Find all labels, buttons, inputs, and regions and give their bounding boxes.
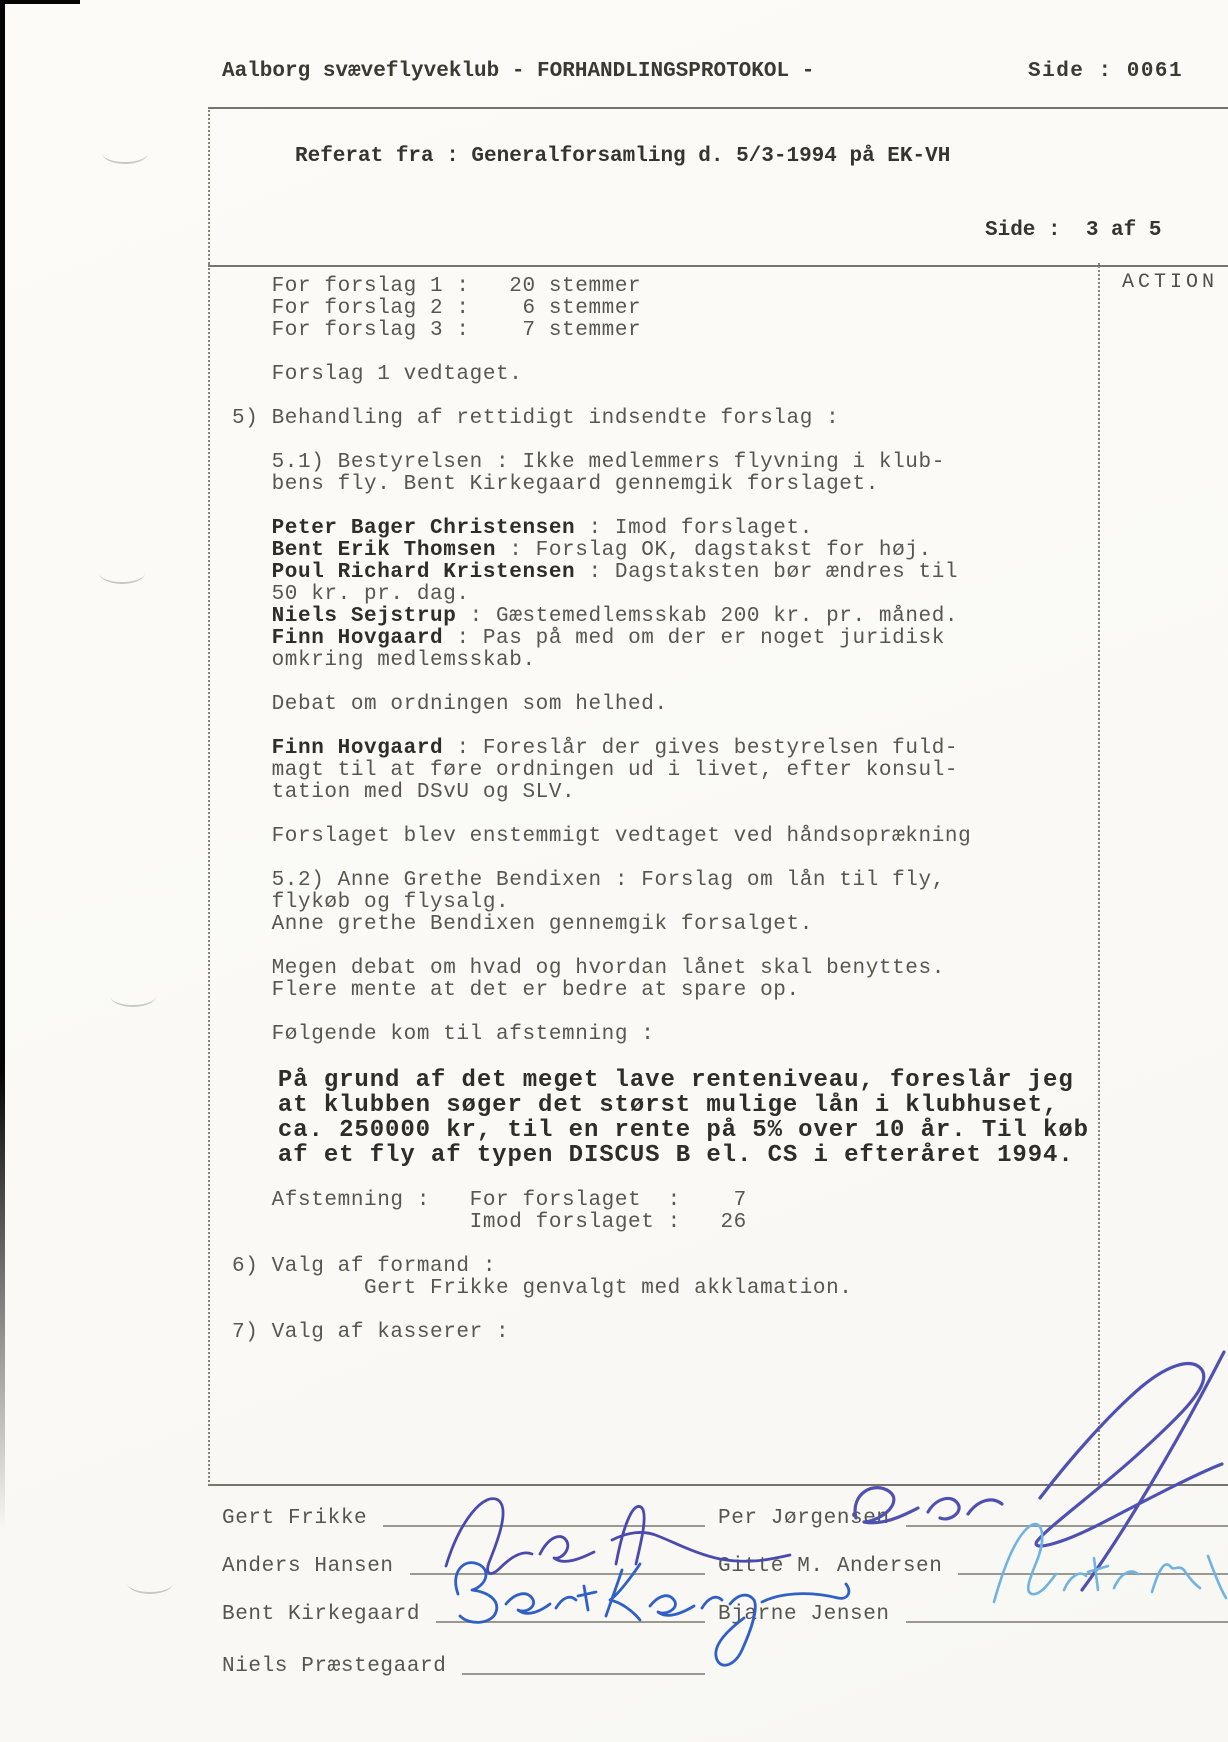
punch-mark <box>110 985 156 1007</box>
protocol-line: 7) Valg af kasserer : <box>232 1322 1089 1344</box>
protocol-line: Anne grethe Bendixen gennemgik forsalget… <box>232 914 1089 936</box>
protocol-line <box>232 1046 1089 1068</box>
protocol-line: af et fly af typen DISCUS B el. CS i eft… <box>232 1143 1089 1168</box>
protocol-line: For forslag 3 : 7 stemmer <box>232 320 1089 342</box>
protocol-line: Imod forslaget : 26 <box>232 1212 1089 1234</box>
signature-line <box>462 1673 705 1675</box>
scan-edge-artifact-left <box>0 0 5 1530</box>
document-header: Aalborg svæveflyveklub - FORHANDLINGSPRO… <box>0 60 1228 86</box>
protocol-line: For forslag 2 : 6 stemmer <box>232 298 1089 320</box>
protocol-line: Forslaget blev enstemmigt vedtaget ved h… <box>232 826 1089 848</box>
protocol-line <box>232 716 1089 738</box>
punch-mark <box>102 142 148 164</box>
signature-line <box>906 1621 1228 1623</box>
protocol-line: bens fly. Bent Kirkegaard gennemgik fors… <box>232 474 1089 496</box>
signatory-name: Anders Hansen <box>222 1555 394 1578</box>
protocol-line: Bent Erik Thomsen : Forslag OK, dagstaks… <box>232 540 1089 562</box>
protocol-line: 5.2) Anne Grethe Bendixen : Forslag om l… <box>232 870 1089 892</box>
protocol-line <box>232 1300 1089 1322</box>
protocol-line: ca. 250000 kr, til en rente på 5% over 1… <box>232 1118 1089 1143</box>
protocol-line: Afstemning : For forslaget : 7 <box>232 1190 1089 1212</box>
signatory-name: Per Jørgensen <box>718 1507 890 1530</box>
protocol-line: flykøb og flysalg. <box>232 892 1089 914</box>
signature-line <box>383 1525 705 1527</box>
protocol-line: 5.1) Bestyrelsen : Ikke medlemmers flyvn… <box>232 452 1089 474</box>
signature-line <box>410 1573 705 1575</box>
protocol-line: Peter Bager Christensen : Imod forslaget… <box>232 518 1089 540</box>
protocol-text: For forslag 1 : 20 stemmer For forslag 2… <box>232 276 1089 1344</box>
scan-edge-artifact-top <box>0 0 80 4</box>
protocol-line <box>232 848 1089 870</box>
signature-row: Bent Kirkegaard <box>222 1594 705 1626</box>
page-indicator: Side : 3 af 5 <box>985 219 1161 242</box>
signature-line <box>958 1573 1228 1575</box>
protocol-line <box>232 1002 1089 1024</box>
meeting-reference-line: Referat fra : Generalforsamling d. 5/3-1… <box>295 145 950 168</box>
meta-box: Referat fra : Generalforsamling d. 5/3-1… <box>208 107 1228 267</box>
signatory-name: Bjarne Jensen <box>718 1603 890 1626</box>
signature-row: Anders Hansen <box>222 1546 705 1578</box>
protocol-line: Niels Sejstrup : Gæstemedlemsskab 200 kr… <box>232 606 1089 628</box>
protocol-line <box>232 1168 1089 1190</box>
protocol-line: For forslag 1 : 20 stemmer <box>232 276 1089 298</box>
protocol-line: Debat om ordningen som helhed. <box>232 694 1089 716</box>
protocol-line <box>232 1234 1089 1256</box>
punch-mark <box>99 562 145 584</box>
protocol-line: tation med DSvU og SLV. <box>232 782 1089 804</box>
protocol-line: 50 kr. pr. dag. <box>232 584 1089 606</box>
protocol-body-box: ACTION For forslag 1 : 20 stemmer For fo… <box>208 263 1228 1486</box>
protocol-line: Flere mente at det er bedre at spare op. <box>232 980 1089 1002</box>
protocol-line <box>232 804 1089 826</box>
signature-row: Gert Frikke <box>222 1498 705 1530</box>
protocol-line: Finn Hovgaard : Pas på med om der er nog… <box>232 628 1089 650</box>
protocol-line <box>232 496 1089 518</box>
protocol-line <box>232 936 1089 958</box>
document-title: Aalborg svæveflyveklub - FORHANDLINGSPRO… <box>222 60 814 83</box>
signature-line <box>436 1621 705 1623</box>
scanned-document-page: Aalborg svæveflyveklub - FORHANDLINGSPRO… <box>0 0 1228 1742</box>
protocol-line <box>232 342 1089 364</box>
protocol-line: 5) Behandling af rettidigt indsendte for… <box>232 408 1089 430</box>
signatory-name: Gitte M. Andersen <box>718 1555 942 1578</box>
signatory-name: Gert Frikke <box>222 1507 367 1530</box>
signature-row: Bjarne Jensen <box>718 1594 1228 1626</box>
signature-row: Gitte M. Andersen <box>718 1546 1228 1578</box>
signatory-name: Bent Kirkegaard <box>222 1603 420 1626</box>
protocol-line: at klubben søger det størst mulige lån i… <box>232 1093 1089 1118</box>
protocol-line: Finn Hovgaard : Foreslår der gives besty… <box>232 738 1089 760</box>
signature-row: Per Jørgensen <box>718 1498 1228 1530</box>
protocol-line <box>232 386 1089 408</box>
action-column-divider <box>1098 263 1100 1484</box>
signature-row: Niels Præstegaard <box>222 1646 705 1678</box>
protocol-line: Gert Frikke genvalgt med akklamation. <box>232 1278 1089 1300</box>
protocol-line: Følgende kom til afstemning : <box>232 1024 1089 1046</box>
punch-mark <box>127 1572 173 1594</box>
protocol-line: 6) Valg af formand : <box>232 1256 1089 1278</box>
signatory-name: Niels Præstegaard <box>222 1655 446 1678</box>
protocol-line: Forslag 1 vedtaget. <box>232 364 1089 386</box>
protocol-line: På grund af det meget lave renteniveau, … <box>232 1068 1089 1093</box>
action-column-header: ACTION <box>1122 271 1218 294</box>
protocol-line: omkring medlemsskab. <box>232 650 1089 672</box>
protocol-line <box>232 430 1089 452</box>
signature-line <box>906 1525 1228 1527</box>
protocol-page-number: Side : 0061 <box>1028 60 1183 83</box>
protocol-line: Poul Richard Kristensen : Dagstaksten bø… <box>232 562 1089 584</box>
protocol-line: Megen debat om hvad og hvordan lånet ska… <box>232 958 1089 980</box>
protocol-line <box>232 672 1089 694</box>
protocol-line: magt til at føre ordningen ud i livet, e… <box>232 760 1089 782</box>
